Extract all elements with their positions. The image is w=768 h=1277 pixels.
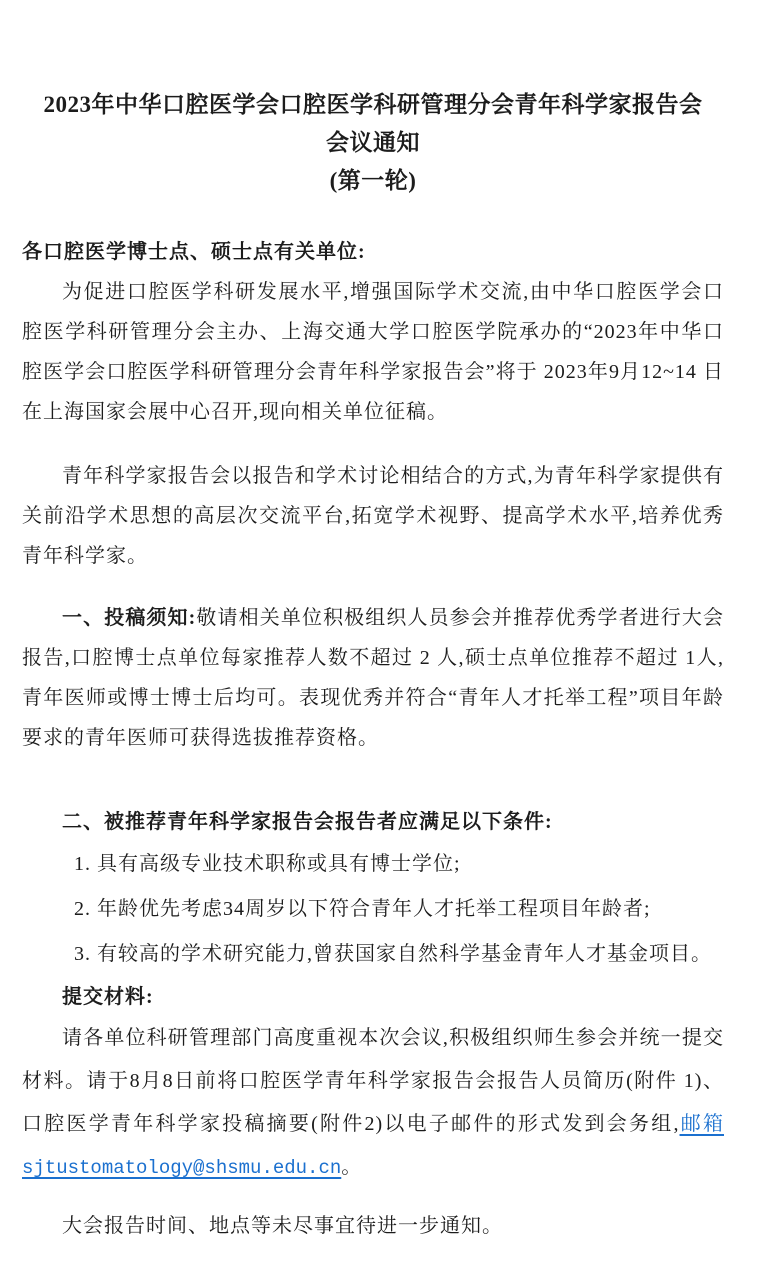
document-title-line-1: 2023年中华口腔医学会口腔医学科研管理分会青年科学家报告会: [22, 86, 724, 124]
purpose-paragraph: 青年科学家报告会以报告和学术讨论相结合的方式,为青年科学家提供有关前沿学术思想的…: [22, 456, 724, 576]
intro-paragraph: 为促进口腔医学科研发展水平,增强国际学术交流,由中华口腔医学会口腔医学科研管理分…: [22, 272, 724, 432]
materials-heading: 提交材料:: [22, 977, 724, 1017]
condition-item-2: 2. 年龄优先考虑34周岁以下符合青年人才托举工程项目年龄者;: [22, 887, 724, 932]
document-title-line-3: (第一轮): [22, 162, 724, 200]
title-block: 2023年中华口腔医学会口腔医学科研管理分会青年科学家报告会 会议通知 (第一轮…: [22, 86, 724, 200]
section1-paragraph: 一、投稿须知:敬请相关单位积极组织人员参会并推荐优秀学者进行大会报告,口腔博士点…: [22, 598, 724, 758]
salutation: 各口腔医学博士点、硕士点有关单位:: [22, 232, 724, 272]
section2-heading: 二、被推荐青年科学家报告会报告者应满足以下条件:: [22, 802, 724, 842]
condition-item-3: 3. 有较高的学术研究能力,曾获国家自然科学基金青年人才基金项目。: [22, 932, 724, 977]
document-page: 2023年中华口腔医学会口腔医学科研管理分会青年科学家报告会 会议通知 (第一轮…: [0, 0, 768, 1277]
section1-heading-lead: 一、投稿须知:: [62, 607, 196, 629]
condition-item-1: 1. 具有高级专业技术职称或具有博士学位;: [22, 842, 724, 887]
email-link-prefix: 邮箱: [680, 1113, 724, 1135]
closing-paragraph: 大会报告时间、地点等未尽事宜待进一步通知。: [22, 1206, 724, 1246]
materials-body-after-link: 。: [341, 1156, 362, 1178]
document-title-line-2: 会议通知: [22, 124, 724, 162]
materials-paragraph: 请各单位科研管理部门高度重视本次会议,积极组织师生参会并统一提交材料。请于8月8…: [22, 1017, 724, 1190]
condition-list: 1. 具有高级专业技术职称或具有博士学位; 2. 年龄优先考虑34周岁以下符合青…: [22, 842, 724, 977]
materials-body-before-link: 请各单位科研管理部门高度重视本次会议,积极组织师生参会并统一提交材料。请于8月8…: [22, 1027, 724, 1135]
email-address: sjtustomatology@shsmu.edu.cn: [22, 1157, 341, 1179]
